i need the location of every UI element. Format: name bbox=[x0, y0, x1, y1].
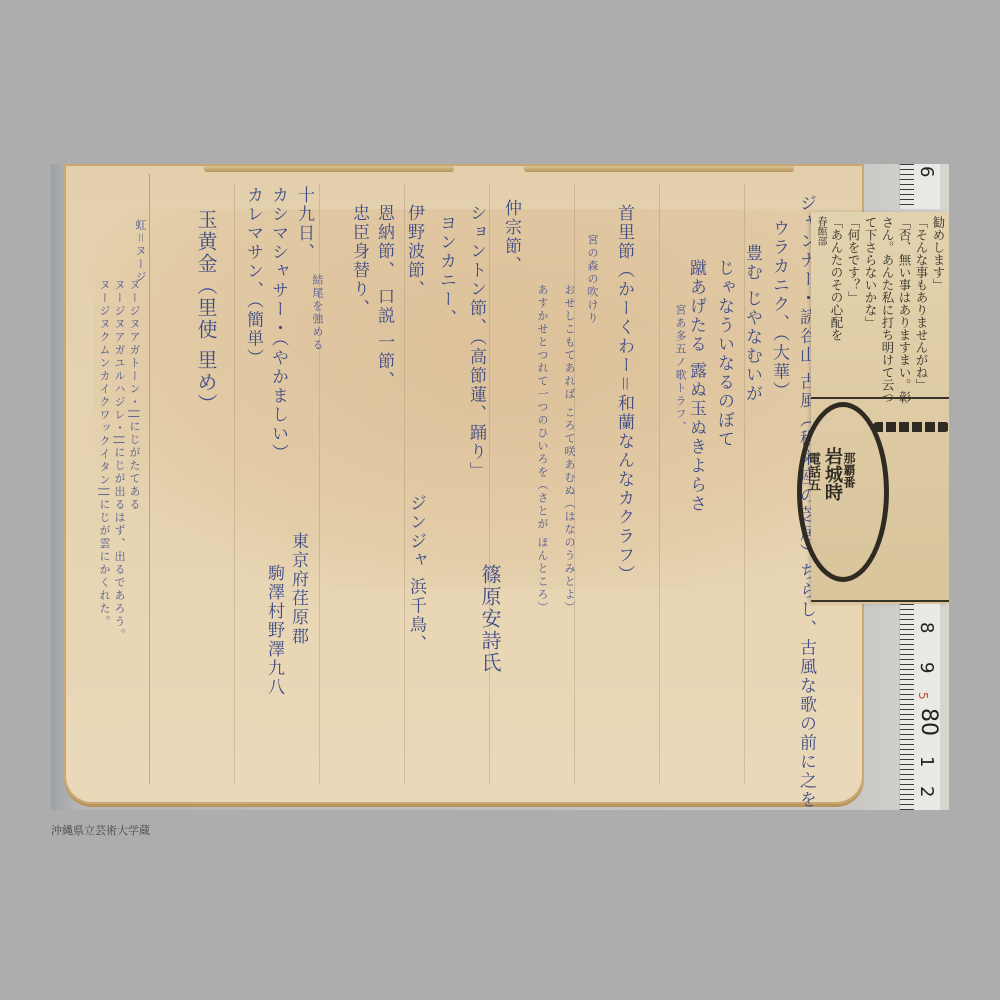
handwritten-note: ヌージヌクムンカイクワックイタン||にじが雲にかくれた。 bbox=[96, 279, 112, 628]
ruler-number: 8 bbox=[916, 622, 937, 633]
clipping-line: 「否、無い事はありますまい。彰 bbox=[895, 216, 913, 404]
clipping-line: 「あんたのその心配を bbox=[827, 216, 845, 341]
ruler-number: 9 bbox=[916, 662, 937, 673]
handwritten-note: 駒澤村野澤九八 bbox=[262, 564, 287, 697]
handwritten-note: ショントン節、（高節蓮、踊り」 bbox=[464, 204, 489, 481]
clipping-line: 勧めします」 bbox=[929, 216, 947, 291]
ruler-number-red: 5 bbox=[916, 692, 930, 700]
clipping-divider bbox=[811, 600, 949, 602]
handwritten-note: カシマシャサー・（やかましい） bbox=[266, 186, 291, 463]
ruler-number: 80 bbox=[916, 708, 941, 736]
handwritten-note: じゃなういなるのぼて bbox=[712, 259, 737, 449]
handwritten-note: 東京府荏原郡 bbox=[286, 532, 311, 646]
clipping-line: さん。あんた私に打ち明けて云つ bbox=[878, 216, 896, 404]
ruler-number: 1 bbox=[916, 756, 937, 767]
ruler-ticks bbox=[900, 164, 914, 209]
handwritten-note: 虹＝ヌージ bbox=[132, 219, 148, 284]
handwritten-note: 結尾を強める bbox=[309, 274, 325, 352]
handwritten-note: 豊む じやなむいが bbox=[740, 244, 765, 403]
notebook-page: 虹＝ヌージ ヌージヌアガトーン・||にじがたてある ヌージヌアガユルハジレ・||… bbox=[64, 164, 864, 804]
handwritten-note: 宮の森の吹けり bbox=[584, 234, 600, 325]
newspaper-clipping: 勧めします」 「そんな事もありませんがね」 「否、無い事はありますまい。彰 さん… bbox=[811, 212, 949, 604]
ruled-line bbox=[234, 184, 235, 784]
ruler-number: 2 bbox=[916, 786, 937, 797]
handwritten-note: おせしこもてあれば ころて咲あむぬ（はなのうみとよ） bbox=[561, 284, 577, 615]
handwritten-note: ヨンカニー、 bbox=[434, 214, 459, 328]
clipping-line: 春館部 bbox=[813, 216, 828, 246]
binding-stitch bbox=[204, 166, 454, 172]
ruler-number: 6 bbox=[916, 166, 937, 177]
handwritten-note: あすかせとつれて一つのひいろを（さとが ほんところ） bbox=[534, 284, 550, 615]
handwritten-note: ヌージヌアガユルハジレ・||にじが出るはず、出るであろう。 bbox=[111, 279, 127, 641]
handwritten-note: 忠臣身替り、 bbox=[347, 204, 372, 318]
margin-line bbox=[149, 174, 150, 784]
ruled-line bbox=[659, 184, 660, 784]
handwritten-note: 蹴あげたる 露ぬ玉ぬきよらさ bbox=[684, 259, 709, 513]
ruler-top: 6 bbox=[899, 164, 940, 209]
ad-text: 岩城時 bbox=[819, 447, 845, 501]
ruler-ticks bbox=[900, 604, 914, 810]
clipping-line: て下さらないかな」 bbox=[861, 216, 879, 329]
handwritten-note: ジンジャ 浜千鳥、 bbox=[404, 494, 429, 653]
clipping-line: 「何をです？」 bbox=[844, 216, 862, 304]
chain-graphic bbox=[873, 422, 949, 432]
handwritten-note: カレマサン、（簡単） bbox=[241, 186, 266, 368]
handwritten-note: 十九日、 bbox=[292, 186, 317, 262]
clipping-line: 「そんな事もありませんがね」 bbox=[912, 216, 930, 391]
handwritten-note: 首里節（かーくわー＝和蘭なんなカクラフ） bbox=[612, 204, 637, 584]
collection-caption: 沖縄県立芸術大学蔵 bbox=[51, 822, 150, 838]
handwritten-note: ヌージヌアガトーン・||にじがたてある bbox=[126, 279, 142, 511]
handwritten-note: 仲宗節、 bbox=[499, 199, 524, 275]
handwritten-note: 篠原安詩氏 bbox=[476, 564, 505, 674]
handwritten-note: 伊野波節、 bbox=[402, 204, 427, 299]
binding-stitch bbox=[524, 166, 794, 172]
ruled-line bbox=[489, 184, 490, 784]
ad-text: 電話五 bbox=[803, 452, 822, 491]
handwritten-note: ウラカニク、（大華） bbox=[767, 219, 792, 401]
handwritten-note: 玉黄金（里使 里め） bbox=[192, 209, 221, 415]
ruler-bottom: 8 9 5 80 1 2 bbox=[899, 604, 940, 810]
document-photo: 6 虹＝ヌージ ヌージヌアガトーン・||にじがたてある ヌージヌアガユルハジレ・… bbox=[51, 164, 949, 810]
handwritten-note: 恩納節、 口説 一節、 bbox=[372, 204, 397, 390]
clipping-divider bbox=[811, 397, 949, 399]
